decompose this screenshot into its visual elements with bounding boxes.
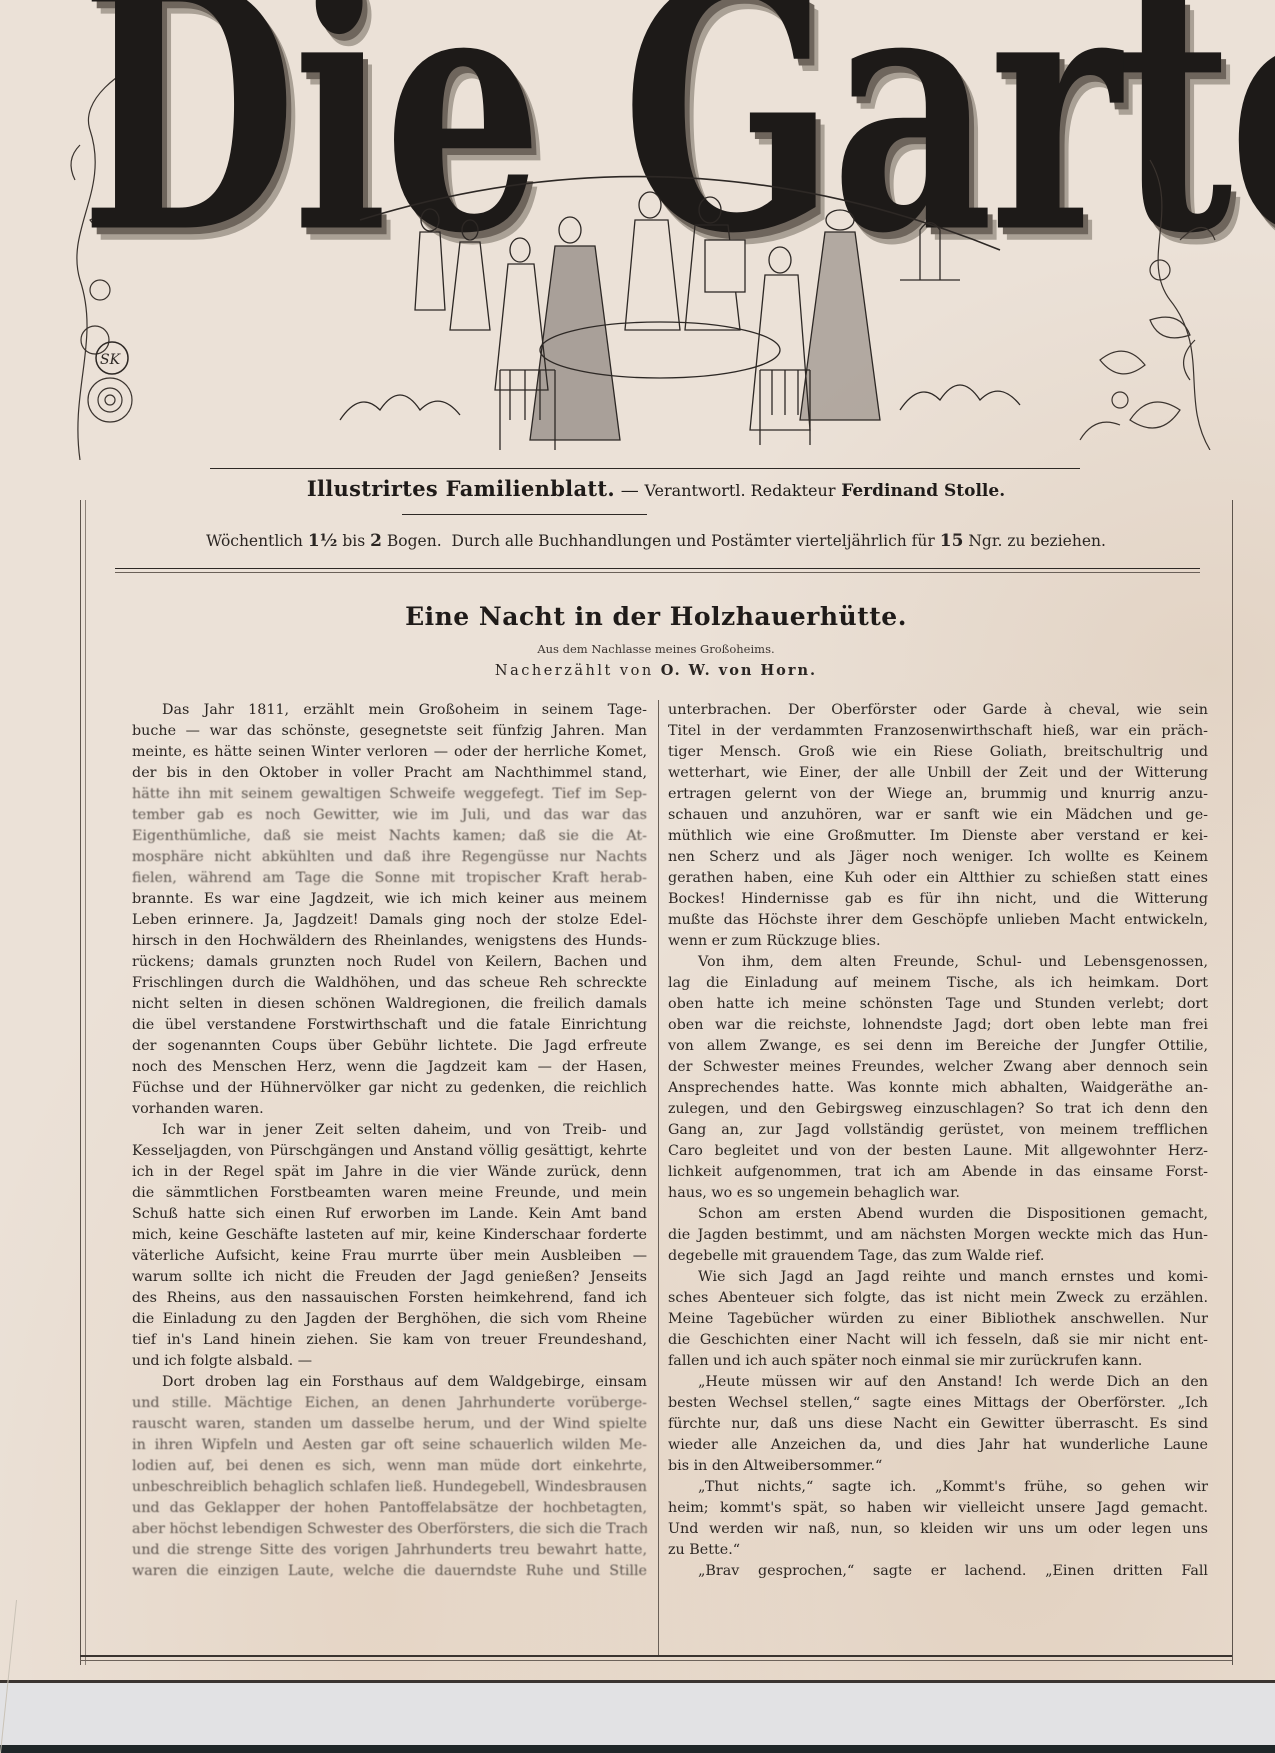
text-line: Caro begleitet und von der besten Laune.… — [668, 1141, 1208, 1162]
subscription-amount-from: 1½ — [308, 531, 338, 551]
text-line: oben war die reichste, lohnendste Jagd; … — [668, 1015, 1208, 1036]
subtitle-dash: — — [621, 480, 639, 501]
text-line: Schon am ersten Abend wurden die Disposi… — [668, 1204, 1208, 1225]
text-line: die sämmtlichen Forstbeamten waren meine… — [132, 1183, 647, 1204]
text-line: haus, wo es so ungemein behaglich war. — [668, 1183, 1208, 1204]
text-line: lag die Einladung auf meinem Tische, als… — [668, 973, 1208, 994]
text-line: gerathen haben, eine Kuh oder ein Altthi… — [668, 868, 1208, 889]
text-line: Ansprechendes hatte. Was konnte mich abh… — [668, 1078, 1208, 1099]
text-line: „Brav gesprochen,“ sagte er lachend. „Ei… — [668, 1561, 1208, 1582]
text-line: ich in der Regel spät im Jahre in die vi… — [132, 1162, 647, 1183]
text-line: Von ihm, dem alten Freunde, Schul- und L… — [668, 952, 1208, 973]
text-line: von allem Zwange, es sei denn im Bereich… — [668, 1036, 1208, 1057]
text-line: Eigenthümliche, daß sie meist Nachts kam… — [132, 826, 647, 847]
text-line: tiger Mensch. Groß wie ein Riese Goliath… — [668, 742, 1208, 763]
scan-background-strip — [0, 1683, 1275, 1753]
text-line: unterbrachen. Der Oberförster oder Garde… — [668, 700, 1208, 721]
text-line: müthlich wie eine Großmutter. Im Dienste… — [668, 826, 1208, 847]
text-line: nicht selten in diesen schönen Waldregio… — [132, 994, 647, 1015]
text-line: Bockes! Hindernisse gab es für ihn nicht… — [668, 889, 1208, 910]
subscription-line: Wöchentlich 1½ bis 2 Bogen. Durch alle B… — [80, 531, 1232, 551]
frame-left-rule-inner — [85, 500, 86, 1665]
frame-right-rule — [1232, 500, 1233, 1665]
subscription-unit: Bogen. — [387, 532, 442, 550]
text-line: zulegen, und den Gebirgsweg einzuschlage… — [668, 1099, 1208, 1120]
text-line: schauen und anzuhören, war er sanft wie … — [668, 805, 1208, 826]
text-line: die Jagden bestimmt, und am nächsten Mor… — [668, 1225, 1208, 1246]
text-line: Kesseljagden, von Pürschgängen und Ansta… — [132, 1141, 647, 1162]
text-line: sches Abenteuer sich folgte, das ist nic… — [668, 1288, 1208, 1309]
text-line: wetterhart, wie Einer, der alle Unbill d… — [668, 763, 1208, 784]
text-line: mich, keine Geschäfte lasteten auf mir, … — [132, 1225, 647, 1246]
subscription-currency: Ngr. zu beziehen. — [968, 532, 1106, 550]
frame-left-rule — [80, 500, 81, 1665]
frame-bottom-rule-thin — [80, 1660, 1232, 1661]
article-title: Eine Nacht in der Holzhauerhütte. — [80, 602, 1232, 631]
text-line: Frischlingen durch die Waldhöhen, und da… — [132, 973, 647, 994]
text-line: Gang an, zur Jagd vollständig gerüstet, … — [668, 1120, 1208, 1141]
text-line: unbeschreiblich behaglich schlafen ließ.… — [132, 1477, 647, 1498]
text-line: Leben erinnere. Ja, Jagdzeit! Damals gin… — [132, 910, 647, 931]
masthead-subtitle: Illustrirtes Familienblatt. — Verantwort… — [80, 476, 1232, 501]
scanner-edge — [0, 1745, 1275, 1753]
text-line: Titel in der verdammten Franzosenwirthsc… — [668, 721, 1208, 742]
byline-prefix: Nacherzählt von — [495, 663, 654, 679]
text-line: wenn er zum Rückzuge blies. — [668, 931, 1208, 952]
text-line: wieder alle Anzeichen da, und dies Jahr … — [668, 1435, 1208, 1456]
text-line: fielen, während am Tage die Sonne mit tr… — [132, 868, 647, 889]
text-line: hätte ihn mit seinem gewaltigen Schweife… — [132, 784, 647, 805]
text-line: lodien auf, bei denen es sich, wenn man … — [132, 1456, 647, 1477]
article-author: O. W. von Horn. — [661, 662, 817, 679]
subscription-amount-to: 2 — [370, 531, 382, 551]
text-column-left: Das Jahr 1811, erzählt mein Großoheim in… — [132, 700, 647, 1582]
newspaper-page: SK Die Gartenlaube. — [0, 0, 1275, 1683]
text-line: fallen und ich auch später noch einmal s… — [668, 1351, 1208, 1372]
text-line: bis in den Altweibersommer.“ — [668, 1456, 1208, 1477]
subscription-to: bis — [342, 532, 365, 550]
text-line: degebelle mit grauendem Tage, das zum Wa… — [668, 1246, 1208, 1267]
text-line: lichkeit aufgenommen, trat ich am Abende… — [668, 1162, 1208, 1183]
text-line: des Rheins, aus den nassauischen Forsten… — [132, 1288, 647, 1309]
subscription-via: Durch alle Buchhandlungen und Postämter … — [452, 532, 935, 550]
text-line: tief in's Land hinein ziehen. Sie kam vo… — [132, 1330, 647, 1351]
article-source-note: Aus dem Nachlasse meines Großoheims. — [80, 642, 1232, 656]
text-line: oben hatte ich meine schönsten Tage und … — [668, 994, 1208, 1015]
editor-name: Ferdinand Stolle. — [841, 481, 1005, 501]
text-line: Und werden wir naß, nun, so kleiden wir … — [668, 1519, 1208, 1540]
text-line: väterliche Aufsicht, keine Frau murrte ü… — [132, 1246, 647, 1267]
text-column-right: unterbrachen. Der Oberförster oder Garde… — [668, 700, 1208, 1582]
text-line: in ihren Wipfeln und Aesten gar oft sein… — [132, 1435, 647, 1456]
text-line: Ich war in jener Zeit selten daheim, und… — [132, 1120, 647, 1141]
text-line: fürchte nur, daß uns diese Nacht ein Gew… — [668, 1414, 1208, 1435]
text-line: vorhanden waren. — [132, 1099, 647, 1120]
short-rule — [402, 514, 647, 515]
text-line: Füchse und der Hühnervölker gar nicht zu… — [132, 1078, 647, 1099]
frame-bottom-rule — [80, 1655, 1232, 1657]
text-line: hirsch in den Hochwäldern des Rheinlande… — [132, 931, 647, 952]
text-line: nen Scherz und als Jäger noch weniger. I… — [668, 847, 1208, 868]
text-line: buche — war das schönste, gesegnetste se… — [132, 721, 647, 742]
garden-family-illustration — [320, 160, 1040, 460]
text-line: mußte das Höchste ihrer dem Geschöpfe un… — [668, 910, 1208, 931]
masthead-rule — [210, 468, 1080, 469]
text-line: und stille. Mächtige Eichen, an denen Ja… — [132, 1393, 647, 1414]
text-line: mosphäre nicht abkühlten und daß ihre Re… — [132, 847, 647, 868]
text-line: die übel verstandene Forstwirthschaft un… — [132, 1015, 647, 1036]
text-line: der sogenannten Coups über Gebühr lichte… — [132, 1036, 647, 1057]
text-line: Das Jahr 1811, erzählt mein Großoheim in… — [132, 700, 647, 721]
text-line: zu Bette.“ — [668, 1540, 1208, 1561]
column-divider — [658, 700, 659, 1655]
masthead: SK Die Gartenlaube. — [60, 0, 1220, 450]
text-line: „Thut nichts,“ sagte ich. „Kommt's frühe… — [668, 1477, 1208, 1498]
text-line: heim; kommt's spät, so haben wir viellei… — [668, 1498, 1208, 1519]
text-line: warum sollte ich nicht die Freuden der J… — [132, 1267, 647, 1288]
subscription-price: 15 — [940, 531, 964, 551]
text-line: noch des Menschen Herz, wenn die Jagdzei… — [132, 1057, 647, 1078]
text-line: ertragen gelernt von der Wiege an, brumm… — [668, 784, 1208, 805]
subscription-prefix: Wöchentlich — [206, 532, 303, 550]
text-line: waren die einzigen Laute, welche die dau… — [132, 1561, 647, 1582]
text-line: „Heute müssen wir auf den Anstand! Ich w… — [668, 1372, 1208, 1393]
text-line: besten Wechsel stellen,“ sagte eines Mit… — [668, 1393, 1208, 1414]
text-line: Wie sich Jagd an Jagd reihte und manch e… — [668, 1267, 1208, 1288]
text-line: rückens; damals grunzten noch Rudel von … — [132, 952, 647, 973]
text-line: Dort droben lag ein Forsthaus auf dem Wa… — [132, 1372, 647, 1393]
publication-type: Illustrirtes Familienblatt. — [307, 476, 615, 501]
text-line: und ich folgte alsbald. — — [132, 1351, 647, 1372]
text-line: die Einladung zu den Jagden der Berghöhe… — [132, 1309, 647, 1330]
text-line: Meine Tagebücher würden zu einer Bibliot… — [668, 1309, 1208, 1330]
text-line: aber höchst lebendigen Schwester des Obe… — [132, 1519, 647, 1540]
text-line: die Geschichten einer Nacht will ich fes… — [668, 1330, 1208, 1351]
text-line: der Schwester meines Freundes, welcher Z… — [668, 1057, 1208, 1078]
text-line: und das Geklapper der hohen Pantoffelabs… — [132, 1498, 647, 1519]
text-line: rauscht waren, standen um dasselbe herum… — [132, 1414, 647, 1435]
text-line: der bis in den Oktober in voller Pracht … — [132, 763, 647, 784]
text-line: meinte, es hätte seinen Winter verloren … — [132, 742, 647, 763]
text-line: Schuß hatte sich einen Ruf erworben im L… — [132, 1204, 647, 1225]
header-bottom-rule-thin — [115, 572, 1200, 573]
article-byline: Nacherzählt von O. W. von Horn. — [80, 662, 1232, 679]
text-line: brannte. Es war eine Jagdzeit, wie ich m… — [132, 889, 647, 910]
header-bottom-rule — [115, 568, 1200, 569]
editor-label: Verantwortl. Redakteur — [644, 481, 835, 500]
text-line: tember gab es noch Gewitter, wie im Juli… — [132, 805, 647, 826]
text-line: und die strenge Sitte des vorigen Jahrhu… — [132, 1540, 647, 1561]
